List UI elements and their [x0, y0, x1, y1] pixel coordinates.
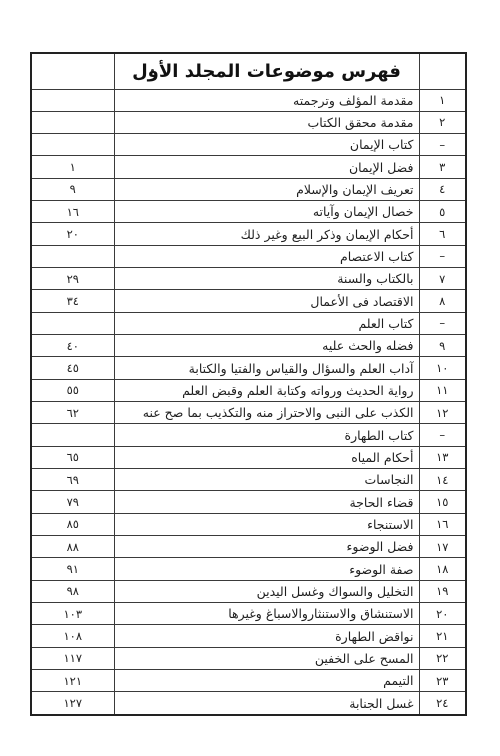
- entry-page: ٤٠: [31, 335, 114, 357]
- entry-title: الاقتصاد فى الأعمال: [114, 290, 419, 312]
- entry-page: ٣٤: [31, 290, 114, 312]
- entry-page: ٢٩: [31, 268, 114, 290]
- table-row: ٤ تعريف الإيمان والإسلام ٩: [31, 178, 466, 200]
- entry-page: ١١٧: [31, 647, 114, 669]
- entry-page: ١٦: [31, 201, 114, 223]
- table-row: ١ مقدمة المؤلف وترجمته: [31, 89, 466, 111]
- table-row: ٣ فضل الإيمان ١: [31, 156, 466, 178]
- entry-number: ٨: [419, 290, 466, 312]
- entry-number: –: [419, 312, 466, 334]
- entry-title: الاستنشاق والاستنثاروالاسباغ وغيرها: [114, 603, 419, 625]
- table-row: ١١ رواية الحديث ورواته وكتابة العلم وقبض…: [31, 379, 466, 401]
- table-row: ٢ مقدمة محقق الكتاب: [31, 111, 466, 133]
- entry-number: ٢٢: [419, 647, 466, 669]
- entry-number: ٣: [419, 156, 466, 178]
- header-number-cell: [419, 53, 466, 89]
- table-row: ٢١ نواقض الطهارة ١٠٨: [31, 625, 466, 647]
- toc-header: فهرس موضوعات المجلد الأول: [31, 53, 466, 89]
- entry-number: ٢٣: [419, 670, 466, 692]
- entry-number: ١: [419, 89, 466, 111]
- entry-number: ١٤: [419, 469, 466, 491]
- entry-title: التخليل والسواك وغسل اليدين: [114, 580, 419, 602]
- scanned-book-page: فهرس موضوعات المجلد الأول ١ مقدمة المؤلف…: [0, 0, 500, 756]
- table-row: ١٩ التخليل والسواك وغسل اليدين ٩٨: [31, 580, 466, 602]
- table-row: ١٨ صفة الوضوء ٩١: [31, 558, 466, 580]
- entry-title: غسل الجنابة: [114, 692, 419, 715]
- entry-page: ١٢٧: [31, 692, 114, 715]
- entry-page: [31, 312, 114, 334]
- toc-header-row: فهرس موضوعات المجلد الأول: [31, 53, 466, 89]
- entry-title: مقدمة محقق الكتاب: [114, 111, 419, 133]
- entry-title: رواية الحديث ورواته وكتابة العلم وقبض ال…: [114, 379, 419, 401]
- entry-title: قضاء الحاجة: [114, 491, 419, 513]
- entry-title: فضله والحث عليه: [114, 335, 419, 357]
- entry-number: ٧: [419, 268, 466, 290]
- page-title: فهرس موضوعات المجلد الأول: [114, 53, 419, 89]
- table-row: ٧ بالكتاب والسنة ٢٩: [31, 268, 466, 290]
- entry-page: [31, 134, 114, 156]
- table-row: ١٣ أحكام المياه ٦٥: [31, 446, 466, 468]
- entry-title: كتاب الإيمان: [114, 134, 419, 156]
- entry-title: المسح على الخفين: [114, 647, 419, 669]
- entry-page: [31, 111, 114, 133]
- table-row: ٩ فضله والحث عليه ٤٠: [31, 335, 466, 357]
- entry-page: ٩: [31, 178, 114, 200]
- entry-number: –: [419, 245, 466, 267]
- entry-title: فضل الوضوء: [114, 536, 419, 558]
- entry-number: ١٢: [419, 402, 466, 424]
- entry-number: ١٥: [419, 491, 466, 513]
- table-row: – كتاب الاعتصام: [31, 245, 466, 267]
- toc-body: ١ مقدمة المؤلف وترجمته ٢ مقدمة محقق الكت…: [31, 89, 466, 715]
- entry-page: ٨٨: [31, 536, 114, 558]
- entry-number: ١٦: [419, 513, 466, 535]
- table-row: – كتاب الطهارة: [31, 424, 466, 446]
- table-row: – كتاب العلم: [31, 312, 466, 334]
- entry-title: نواقض الطهارة: [114, 625, 419, 647]
- entry-title: صفة الوضوء: [114, 558, 419, 580]
- entry-number: ٤: [419, 178, 466, 200]
- entry-page: ٦٥: [31, 446, 114, 468]
- entry-number: ١٩: [419, 580, 466, 602]
- entry-number: ٥: [419, 201, 466, 223]
- entry-title: كتاب العلم: [114, 312, 419, 334]
- entry-page: ٥٥: [31, 379, 114, 401]
- entry-number: –: [419, 424, 466, 446]
- entry-page: ٨٥: [31, 513, 114, 535]
- table-row: ١٥ قضاء الحاجة ٧٩: [31, 491, 466, 513]
- entry-number: –: [419, 134, 466, 156]
- entry-title: تعريف الإيمان والإسلام: [114, 178, 419, 200]
- entry-title: التيمم: [114, 670, 419, 692]
- entry-page: ٢٠: [31, 223, 114, 245]
- table-row: ١٤ النجاسات ٦٩: [31, 469, 466, 491]
- table-row: ١٦ الاستنجاء ٨٥: [31, 513, 466, 535]
- table-row: ٢٢ المسح على الخفين ١١٧: [31, 647, 466, 669]
- entry-page: ١٠٣: [31, 603, 114, 625]
- entry-number: ١٣: [419, 446, 466, 468]
- entry-title: آداب العلم والسؤال والقياس والفتيا والكت…: [114, 357, 419, 379]
- entry-page: ٩١: [31, 558, 114, 580]
- entry-number: ٩: [419, 335, 466, 357]
- entry-number: ١١: [419, 379, 466, 401]
- entry-title: خصال الإيمان وآياته: [114, 201, 419, 223]
- entry-page: [31, 89, 114, 111]
- table-row: ٢٤ غسل الجنابة ١٢٧: [31, 692, 466, 715]
- table-row: ٥ خصال الإيمان وآياته ١٦: [31, 201, 466, 223]
- table-row: ٦ أحكام الإيمان وذكر البيع وغير ذلك ٢٠: [31, 223, 466, 245]
- table-row: ١٧ فضل الوضوء ٨٨: [31, 536, 466, 558]
- entry-page: [31, 245, 114, 267]
- table-of-contents: فهرس موضوعات المجلد الأول ١ مقدمة المؤلف…: [30, 52, 467, 716]
- entry-page: ٧٩: [31, 491, 114, 513]
- entry-page: ١٠٨: [31, 625, 114, 647]
- table-row: ٢٠ الاستنشاق والاستنثاروالاسباغ وغيرها ١…: [31, 603, 466, 625]
- entry-title: الاستنجاء: [114, 513, 419, 535]
- entry-number: ١٧: [419, 536, 466, 558]
- entry-title: الكذب على النبى والاحتراز منه والتكذيب ب…: [114, 402, 419, 424]
- entry-page: ٦٢: [31, 402, 114, 424]
- entry-page: ٦٩: [31, 469, 114, 491]
- entry-number: ٦: [419, 223, 466, 245]
- table-row: ٨ الاقتصاد فى الأعمال ٣٤: [31, 290, 466, 312]
- entry-page: [31, 424, 114, 446]
- entry-title: كتاب الاعتصام: [114, 245, 419, 267]
- entry-title: فضل الإيمان: [114, 156, 419, 178]
- entry-page: ٩٨: [31, 580, 114, 602]
- entry-title: أحكام المياه: [114, 446, 419, 468]
- entry-title: بالكتاب والسنة: [114, 268, 419, 290]
- entry-title: النجاسات: [114, 469, 419, 491]
- entry-number: ٢: [419, 111, 466, 133]
- entry-number: ٢١: [419, 625, 466, 647]
- entry-number: ١٠: [419, 357, 466, 379]
- entry-title: كتاب الطهارة: [114, 424, 419, 446]
- entry-page: ١٢١: [31, 670, 114, 692]
- table-row: ١٢ الكذب على النبى والاحتراز منه والتكذي…: [31, 402, 466, 424]
- entry-number: ٢٤: [419, 692, 466, 715]
- entry-page: ١: [31, 156, 114, 178]
- entry-title: أحكام الإيمان وذكر البيع وغير ذلك: [114, 223, 419, 245]
- entry-number: ٢٠: [419, 603, 466, 625]
- entry-page: ٤٥: [31, 357, 114, 379]
- table-row: – كتاب الإيمان: [31, 134, 466, 156]
- entry-title: مقدمة المؤلف وترجمته: [114, 89, 419, 111]
- entry-number: ١٨: [419, 558, 466, 580]
- table-row: ١٠ آداب العلم والسؤال والقياس والفتيا وا…: [31, 357, 466, 379]
- table-row: ٢٣ التيمم ١٢١: [31, 670, 466, 692]
- header-page-cell: [31, 53, 114, 89]
